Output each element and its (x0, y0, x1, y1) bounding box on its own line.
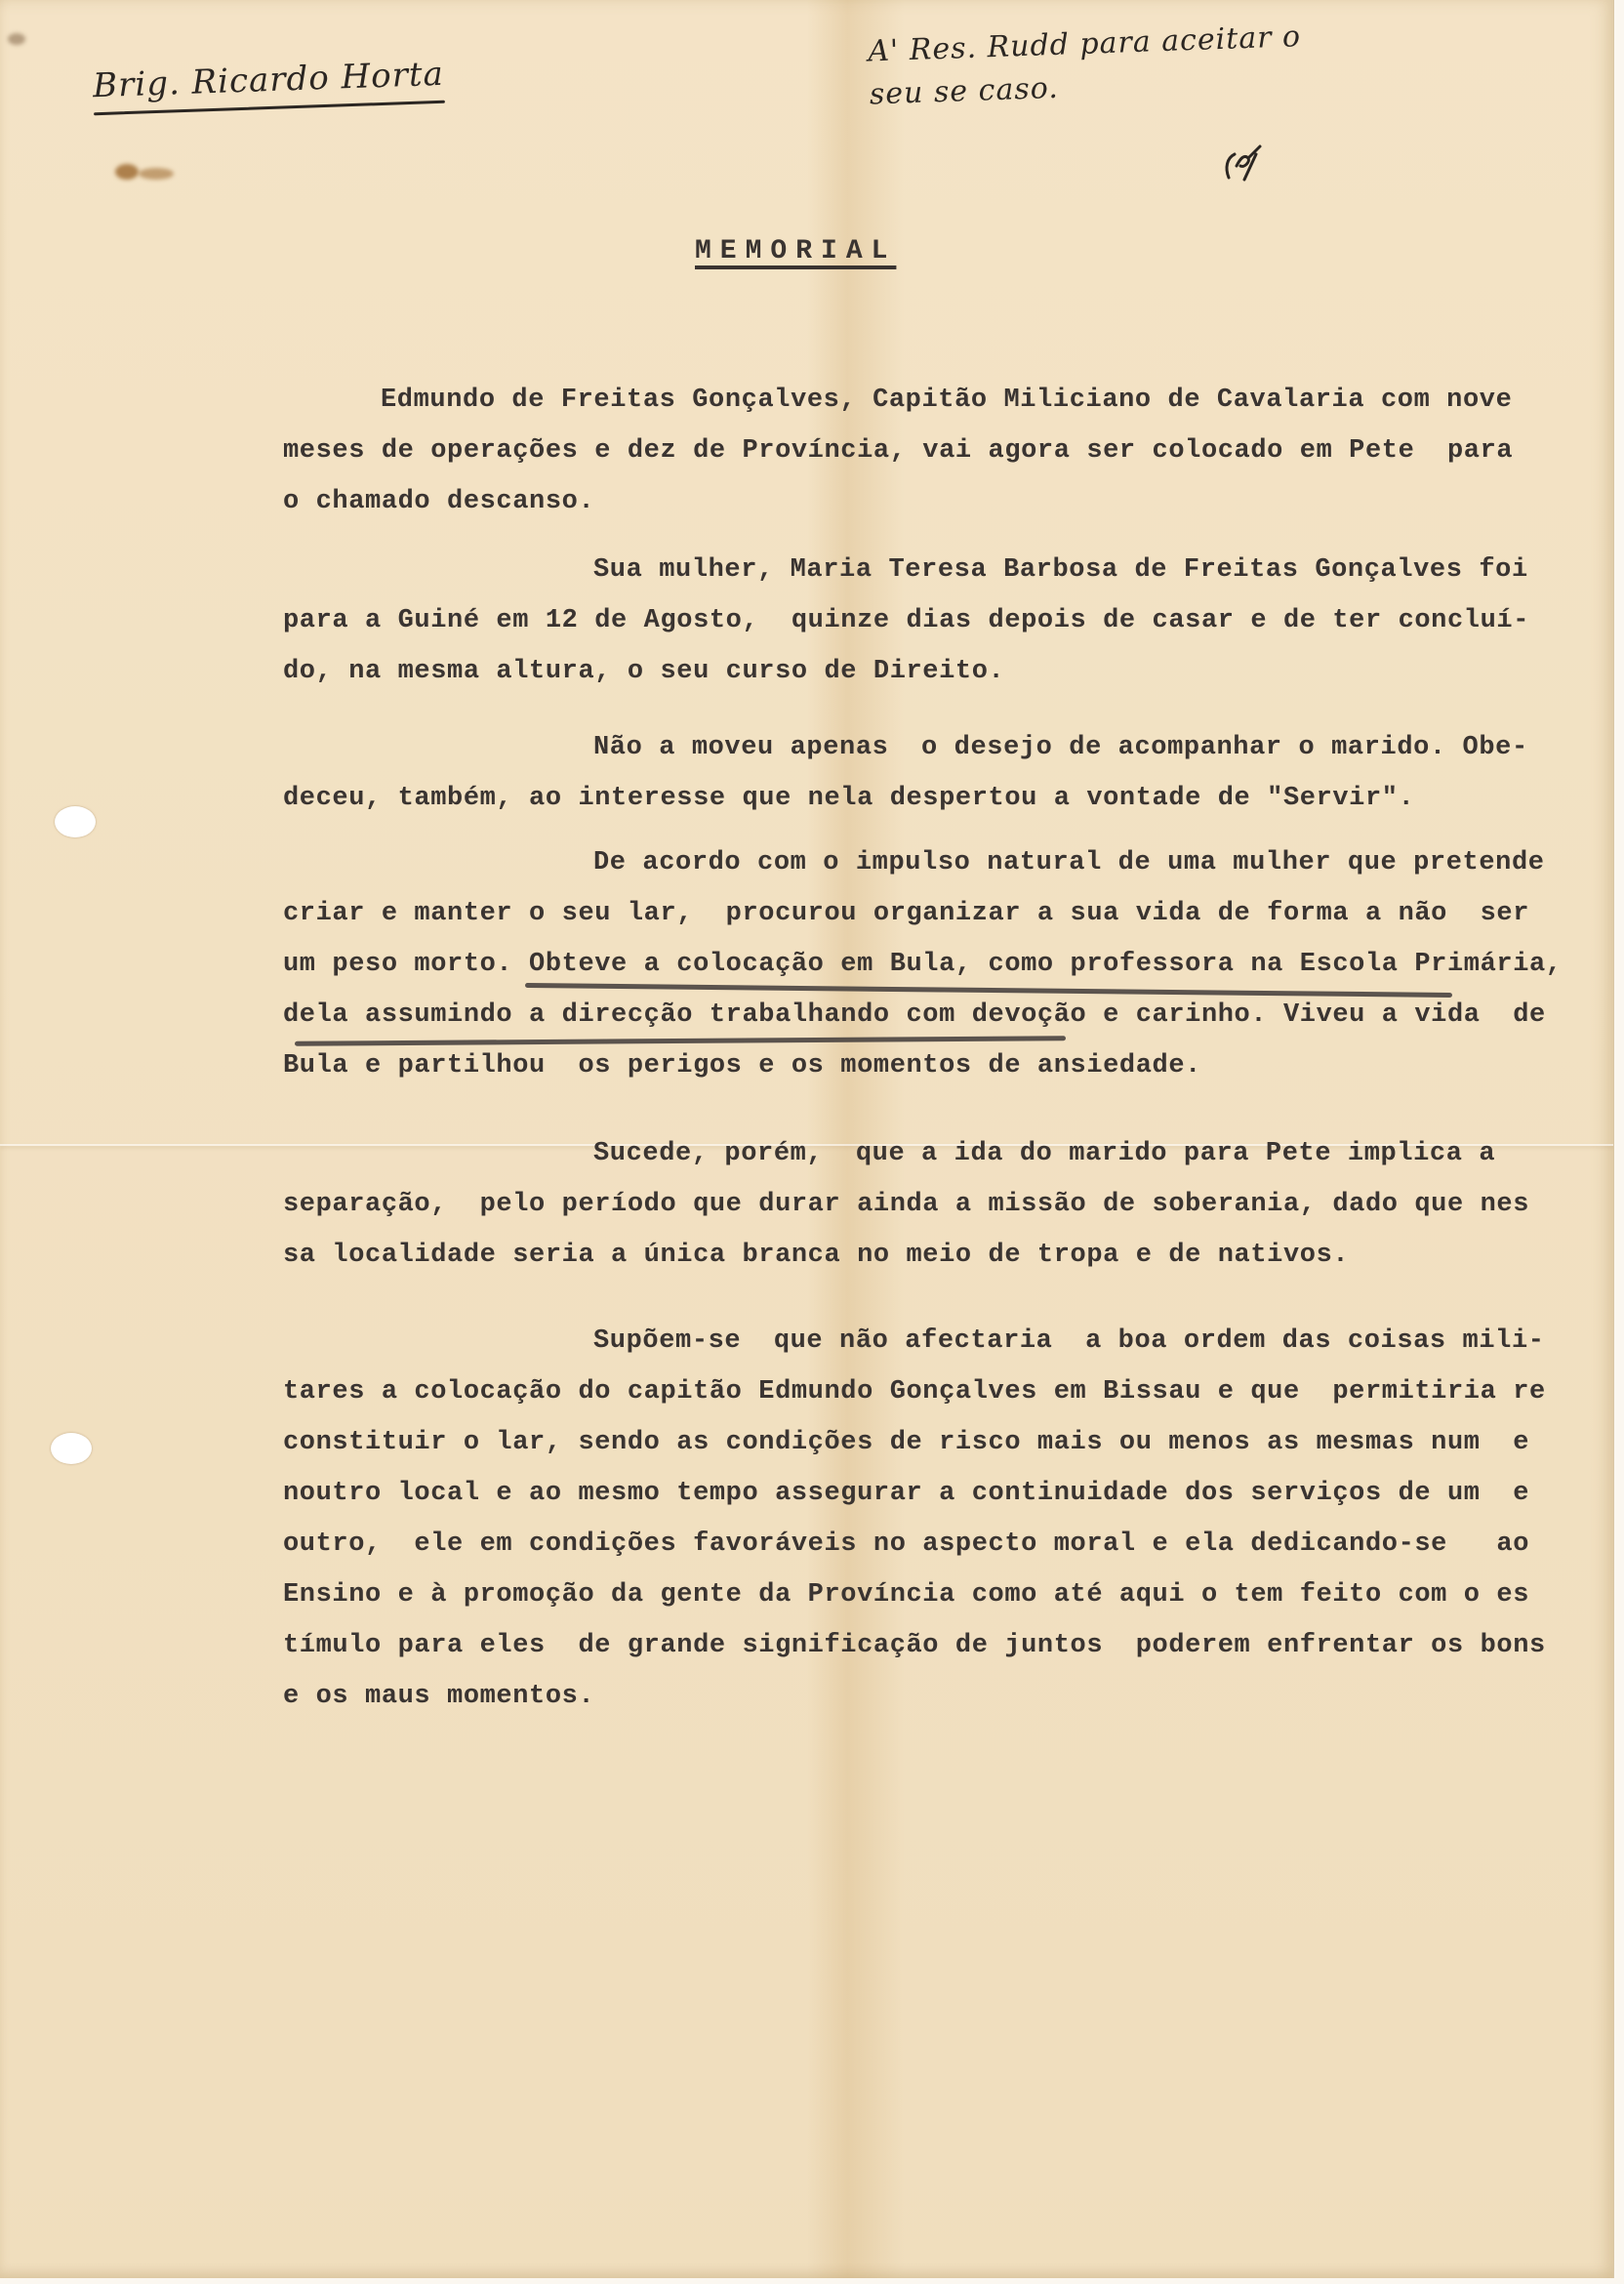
document-title: MEMORIAL (695, 236, 896, 266)
punch-hole-lower (51, 1433, 92, 1464)
body-line: De acordo com o impulso natural de uma m… (593, 843, 1545, 882)
body-line: deceu, também, ao interesse que nela des… (283, 779, 1414, 818)
body-line: sa localidade seria a única branca no me… (283, 1236, 1349, 1275)
initials-signature-icon (1215, 129, 1274, 187)
document-page: Brig. Ricardo Horta A' Res. Rudd para ac… (0, 0, 1614, 2278)
body-line: Sucede, porém, que a ida do marido para … (593, 1134, 1495, 1173)
body-line: tímulo para eles de grande significação … (283, 1626, 1546, 1665)
ink-stain (115, 164, 139, 180)
body-line: Bula e partilhou os perigos e os momento… (283, 1046, 1201, 1085)
body-line: Sua mulher, Maria Teresa Barbosa de Frei… (593, 551, 1528, 590)
body-line: meses de operações e dez de Província, v… (283, 431, 1513, 470)
top-left-corner-mark (8, 33, 25, 45)
body-line: dela assumindo a direcção trabalhando co… (283, 996, 1546, 1035)
scan-right-margin (1613, 0, 1624, 2284)
body-line: noutro local e ao mesmo tempo assegurar … (283, 1474, 1529, 1513)
body-line: separação, pelo período que durar ainda … (283, 1185, 1529, 1224)
handwritten-addressee-text: Brig. Ricardo Horta (92, 55, 444, 106)
body-line: um peso morto. Obteve a colocação em Bul… (283, 945, 1563, 984)
body-line: constituir o lar, sendo as condições de … (283, 1423, 1529, 1462)
punch-hole-upper (55, 806, 96, 837)
body-line: outro, ele em condições favoráveis no as… (283, 1525, 1529, 1564)
scan-bottom-margin (0, 2278, 1624, 2284)
body-line: do, na mesma altura, o seu curso de Dire… (283, 652, 1004, 691)
body-line: criar e manter o seu lar, procurou organ… (283, 894, 1529, 933)
handwritten-addressee: Brig. Ricardo Horta (92, 55, 444, 106)
body-line: para a Guiné em 12 de Agosto, quinze dia… (283, 601, 1529, 640)
body-line: e os maus momentos. (283, 1677, 594, 1716)
body-line: Supõem-se que não afectaria a boa ordem … (593, 1322, 1545, 1361)
body-line: tares a colocação do capitão Edmundo Gon… (283, 1372, 1546, 1411)
body-line: Ensino e à promoção da gente da Provínci… (283, 1575, 1529, 1614)
body-line: Não a moveu apenas o desejo de acompanha… (593, 728, 1528, 767)
pen-underline (295, 1036, 1066, 1046)
handwritten-annotation: A' Res. Rudd para aceitar o seu se caso. (868, 9, 1515, 117)
ink-stain (139, 168, 174, 180)
body-line: o chamado descanso. (283, 482, 594, 521)
body-line: Edmundo de Freitas Gonçalves, Capitão Mi… (381, 381, 1512, 420)
